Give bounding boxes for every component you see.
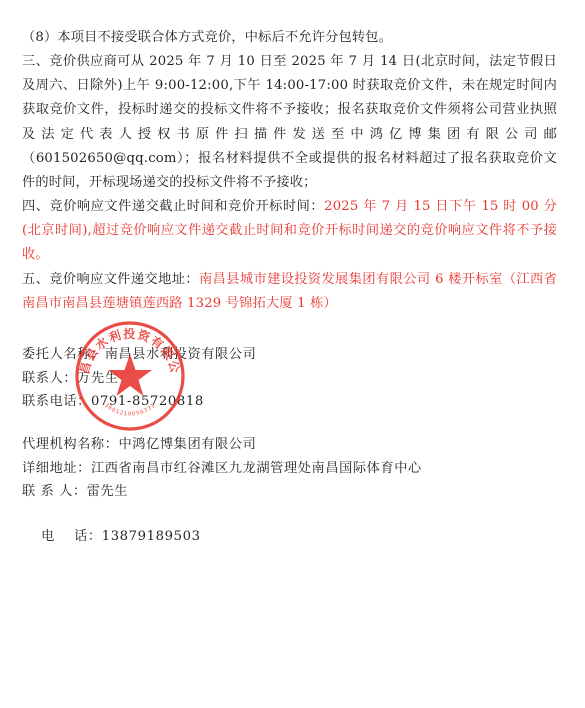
agency-contact: 雷先生 <box>87 484 128 499</box>
client-name-line: 委托人名称：南昌县水利投资有限公司 <box>22 345 256 365</box>
agency-address-label: 详细地址： <box>22 461 91 476</box>
agency-name-line: 代理机构名称：中鸿亿博集团有限公司 <box>22 435 256 455</box>
section-3-paragraph: 三、竞价供应商可从 2025 年 7 月 10 日至 2025 年 7 月 14… <box>22 50 557 195</box>
section-5-label: 五、竞价响应文件递交地址： <box>22 272 199 287</box>
agency-phone: 13879189503 <box>102 529 201 544</box>
agency-contact-line: 联 系 人：雷先生 <box>22 482 128 502</box>
agency-contact-label: 联 系 人： <box>22 484 87 499</box>
client-phone-label: 联系电话： <box>22 394 91 409</box>
client-name: 南昌县水利投资有限公司 <box>105 347 257 362</box>
document-page: （8）本项目不接受联合体方式竞价，中标后不允许分包转包。 三、竞价供应商可从 2… <box>0 0 585 708</box>
agency-phone-label: 电 话： <box>41 529 102 544</box>
client-phone: 0791-85720818 <box>91 394 204 409</box>
client-contact-label: 联系人： <box>22 371 77 386</box>
agency-phone-line: 电 话：13879189503 <box>22 507 201 567</box>
agency-name: 中鸿亿博集团有限公司 <box>119 437 257 452</box>
client-name-label: 委托人名称： <box>22 347 105 362</box>
client-contact-line: 联系人：万先生 <box>22 369 119 389</box>
client-contact: 万先生 <box>77 371 118 386</box>
item-8-paragraph: （8）本项目不接受联合体方式竞价，中标后不允许分包转包。 <box>22 26 557 50</box>
agency-address: 江西省南昌市红谷滩区九龙湖管理处南昌国际体育中心 <box>91 461 422 476</box>
section-4-label: 四、竞价响应文件递交截止时间和竞价开标时间： <box>22 199 324 214</box>
agency-address-line: 详细地址：江西省南昌市红谷滩区九龙湖管理处南昌国际体育中心 <box>22 459 422 479</box>
agency-name-label: 代理机构名称： <box>22 437 119 452</box>
client-phone-line: 联系电话：0791-85720818 <box>22 392 204 412</box>
section-4-paragraph: 四、竞价响应文件递交截止时间和竞价开标时间：2025 年 7 月 15 日下午 … <box>22 195 557 268</box>
section-5-paragraph: 五、竞价响应文件递交地址：南昌县城市建设投资发展集团有限公司 6 楼开标室（江西… <box>22 268 557 316</box>
